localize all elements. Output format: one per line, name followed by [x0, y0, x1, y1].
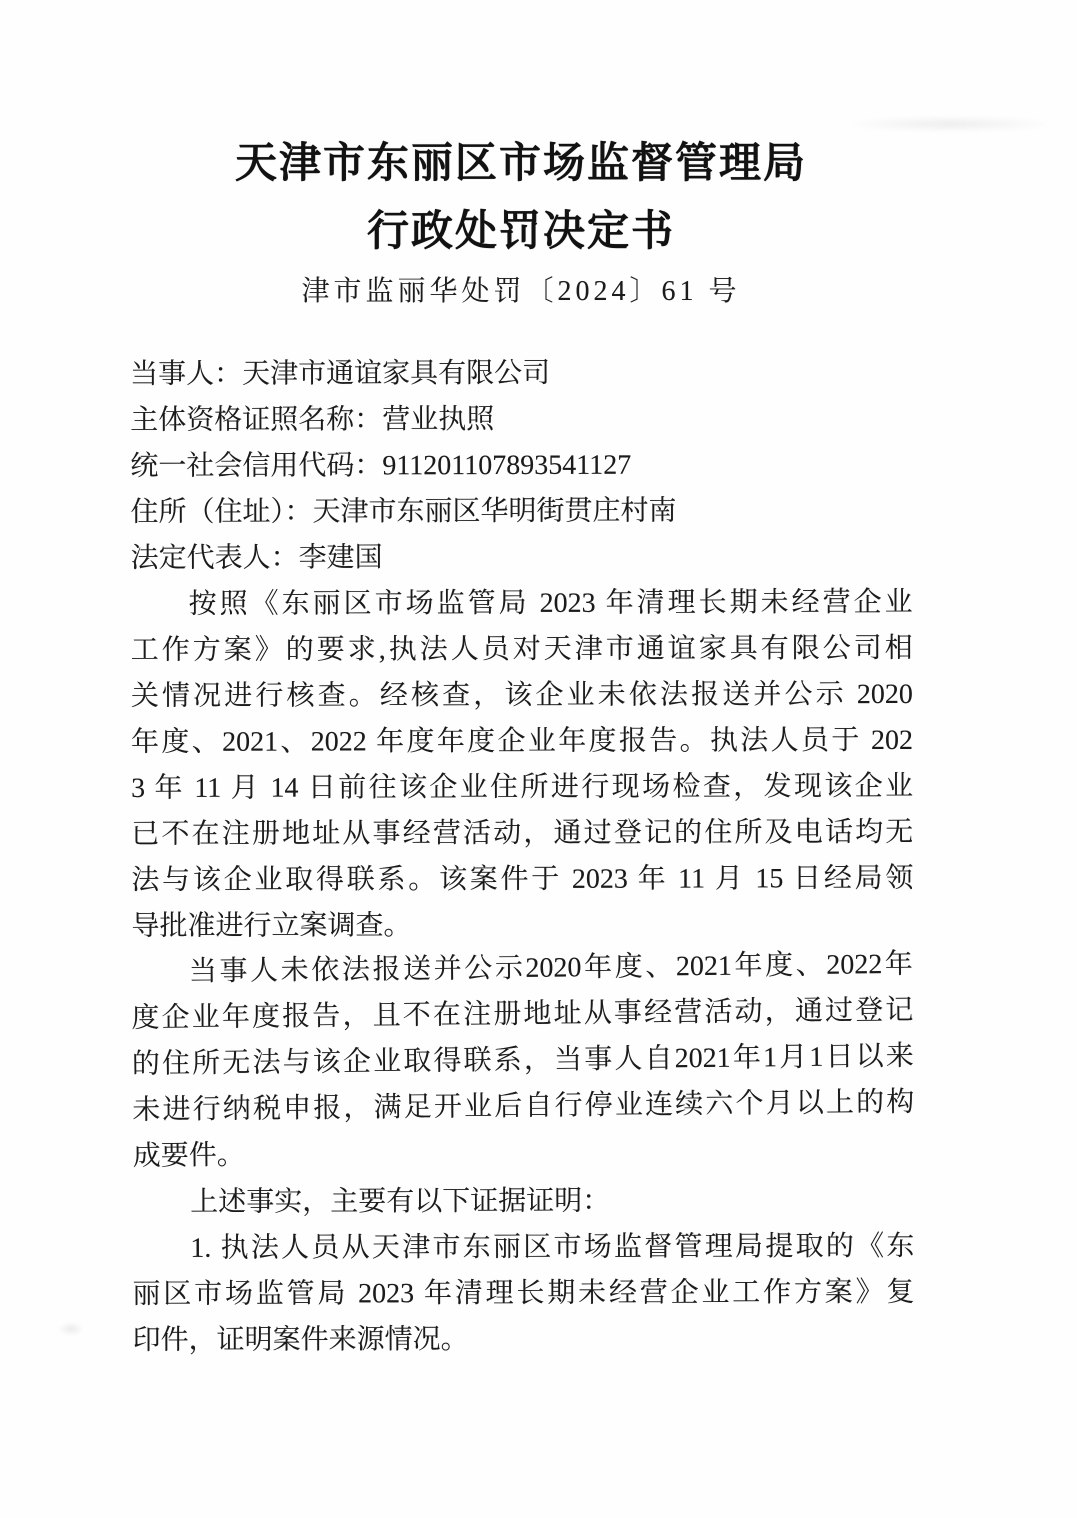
document-body: 当事人：天津市通谊家具有限公司主体资格证照名称：营业执照统一社会信用代码：911… — [130, 350, 915, 1364]
title-line-doc-type: 行政处罚决定书 — [130, 198, 912, 266]
text-line: 已不在注册地址从事经营活动，通过登记的住所及电话均无 — [131, 810, 913, 858]
party-info-line: 当事人：天津市通谊家具有限公司 — [130, 350, 912, 398]
text-line: 成要件。 — [133, 1126, 915, 1180]
evidence-item-1-paragraph: 1. 执法人员从天津市东丽区市场监督管理局提取的《东丽区市场监管局 2023 年… — [132, 1224, 914, 1364]
text-line: 年度、2021、2022 年度年度企业年度报告。执法人员于 202 — [131, 718, 913, 766]
evidence-intro-paragraph: 上述事实，主要有以下证据证明： — [132, 1178, 914, 1226]
text-line: 印件，证明案件来源情况。 — [133, 1316, 915, 1364]
text-line: 法与该企业取得联系。该案件于 2023 年 11 月 15 日经局领 — [131, 856, 913, 904]
document-number: 津市监丽华处罚〔2024〕61 号 — [130, 272, 912, 312]
case-background-paragraph: 按照《东丽区市场监管局 2023 年清理长期未经营企业工作方案》的要求,执法人员… — [131, 580, 914, 950]
party-info-line: 主体资格证照名称：营业执照 — [130, 396, 912, 444]
scan-artifact — [58, 1322, 84, 1336]
text-line: 上述事实，主要有以下证据证明： — [132, 1178, 914, 1226]
title-line-authority: 天津市东丽区市场监督管理局 — [130, 130, 912, 198]
text-line: 的住所无法与该企业取得联系，当事人自2021年1月1日以来 — [132, 1034, 914, 1088]
party-info-line: 住所（住址）：天津市东丽区华明街贯庄村南 — [130, 488, 912, 536]
text-line: 1. 执法人员从天津市东丽区市场监督管理局提取的《东 — [132, 1224, 914, 1272]
text-line: 度企业年度报告，且不在注册地址从事经营活动，通过登记 — [131, 988, 913, 1042]
party-info-line: 法定代表人：李建国 — [130, 534, 912, 582]
violation-facts-paragraph: 当事人未依法报送并公示2020年度、2021年度、2022年度企业年度报告，且不… — [131, 942, 915, 1180]
party-info-line: 统一社会信用代码：911201107893541127 — [130, 442, 912, 490]
text-line: 关情况进行核查。经核查，该企业未依法报送并公示 2020 — [131, 672, 913, 720]
text-line: 3 年 11 月 14 日前往该企业住所进行现场检查，发现该企业 — [131, 764, 913, 812]
text-line: 未进行纳税申报，满足开业后自行停业连续六个月以上的构 — [132, 1080, 914, 1134]
document-title: 天津市东丽区市场监督管理局 行政处罚决定书 — [130, 130, 912, 266]
text-line: 工作方案》的要求,执法人员对天津市通谊家具有限公司相 — [131, 626, 913, 674]
text-line: 当事人未依法报送并公示2020年度、2021年度、2022年 — [131, 942, 913, 996]
document-page: 天津市东丽区市场监督管理局 行政处罚决定书 津市监丽华处罚〔2024〕61 号 … — [0, 0, 1077, 1518]
text-line: 按照《东丽区市场监管局 2023 年清理长期未经营企业 — [131, 580, 913, 628]
text-line: 丽区市场监管局 2023 年清理长期未经营企业工作方案》复 — [132, 1270, 914, 1318]
